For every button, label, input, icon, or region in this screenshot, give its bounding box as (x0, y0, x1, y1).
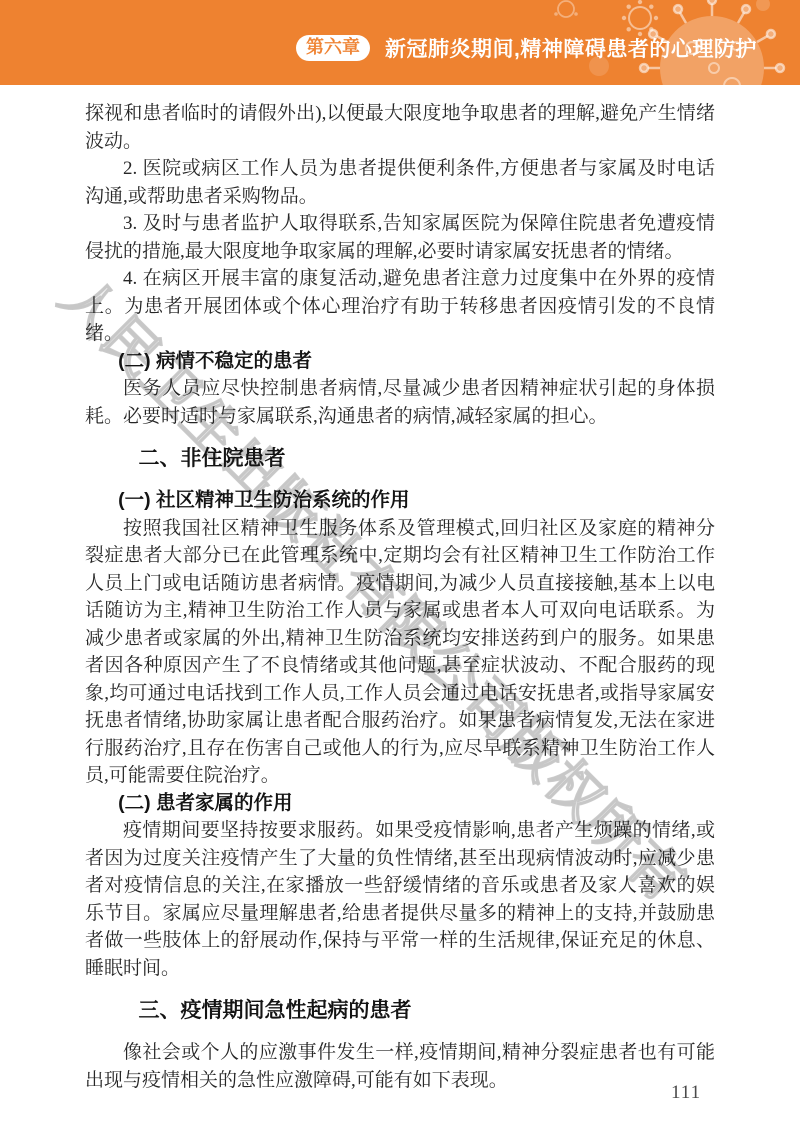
sub-heading: (二) 病情不稳定的患者 (85, 348, 715, 376)
section-heading: 三、疫情期间急性起病的患者 (85, 997, 715, 1025)
paragraph: 3. 及时与患者监护人取得联系,告知家属医院为保障住院患者免遭疫情侵扰的措施,最… (85, 210, 715, 265)
section-heading: 二、非住院患者 (85, 445, 715, 473)
page-content: 探视和患者临时的请假外出),以便最大限度地争取患者的理解,避免产生情绪波动。 2… (85, 100, 715, 1094)
book-page: 第六章 新冠肺炎期间,精神障碍患者的心理防护 人民卫生出版社有限公司版权所有 探… (0, 0, 800, 1140)
chapter-header: 第六章 新冠肺炎期间,精神障碍患者的心理防护 (0, 0, 800, 85)
paragraph: 医务人员应尽快控制患者病情,尽量减少患者因精神症状引起的身体损耗。必要时适时与家… (85, 375, 715, 430)
chapter-badge: 第六章 (296, 35, 370, 61)
paragraph: 探视和患者临时的请假外出),以便最大限度地争取患者的理解,避免产生情绪波动。 (85, 100, 715, 155)
paragraph: 像社会或个人的应激事件发生一样,疫情期间,精神分裂症患者也有可能出现与疫情相关的… (85, 1039, 715, 1094)
paragraph: 按照我国社区精神卫生服务体系及管理模式,回归社区及家庭的精神分裂症患者大部分已在… (85, 515, 715, 790)
page-number: 111 (671, 1082, 701, 1104)
paragraph: 疫情期间要坚持按要求服药。如果受疫情影响,患者产生烦躁的情绪,或者因为过度关注疫… (85, 817, 715, 982)
paragraph: 2. 医院或病区工作人员为患者提供便利条件,方便患者与家属及时电话沟通,或帮助患… (85, 155, 715, 210)
sub-heading: (一) 社区精神卫生防治系统的作用 (85, 487, 715, 515)
sub-heading: (二) 患者家属的作用 (85, 790, 715, 818)
chapter-title: 新冠肺炎期间,精神障碍患者的心理防护 (385, 33, 757, 63)
paragraph: 4. 在病区开展丰富的康复活动,避免患者注意力过度集中在外界的疫情上。为患者开展… (85, 265, 715, 348)
chapter-title-group: 第六章 新冠肺炎期间,精神障碍患者的心理防护 (296, 34, 757, 61)
